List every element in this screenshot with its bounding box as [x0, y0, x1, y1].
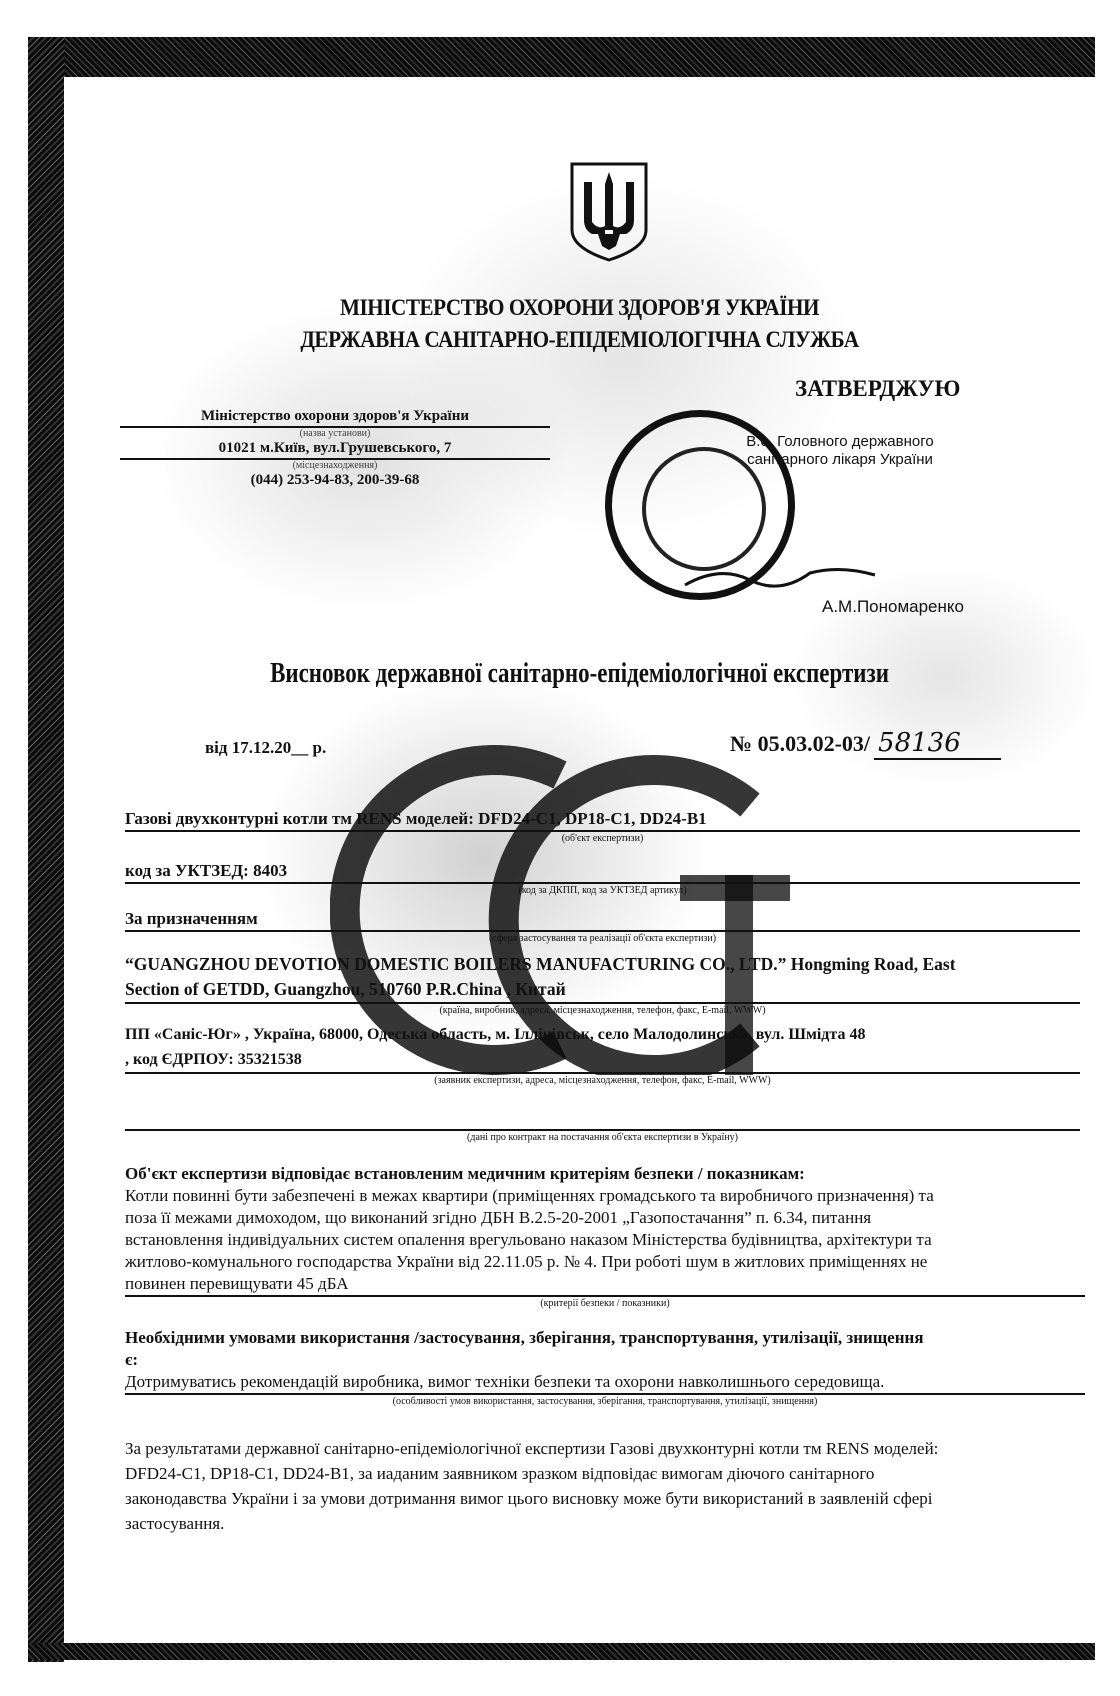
document-number-handwritten: 58136: [874, 728, 1001, 760]
decorative-border-bottom: [28, 1643, 1095, 1660]
approve-heading: ЗАТВЕРДЖУЮ: [795, 376, 960, 402]
conclusion-line: DFD24-C1, DP18-C1, DD24-B1, за иаданим з…: [125, 1461, 1080, 1486]
document-number: № 05.03.02-03/58136: [730, 728, 1001, 758]
service-name: ДЕРЖАВНА САНІТАРНО-ЕПІДЕМІОЛОГІЧНА СЛУЖБ…: [105, 324, 1054, 356]
conditions-heading-line1: Необхідними умовами використання /застос…: [125, 1327, 1085, 1349]
conclusion-line: законодавства України і за умови дотрима…: [125, 1486, 1080, 1511]
conditions-section: Необхідними умовами використання /застос…: [125, 1327, 1085, 1408]
applicant-field: ПП «Саніс-Юг» , Україна, 68000, Одеська …: [125, 1022, 1080, 1087]
applicant-line2: , код ЄДРПОУ: 35321538: [125, 1047, 1080, 1074]
object-field: Газові двухконтурні котли тм RENS моделе…: [125, 808, 1080, 845]
conclusion-section: За результатами державної санітарно-епід…: [125, 1436, 1080, 1536]
code-value: код за УКТЗЕД: 8403: [125, 860, 1080, 884]
purpose-value: За призначенням: [125, 908, 1080, 932]
criteria-line: житлово-комунального господарства Україн…: [125, 1251, 1085, 1273]
ministry-name: МІНІСТЕРСТВО ОХОРОНИ ЗДОРОВ'Я УКРАЇНИ: [105, 292, 1054, 324]
institution-name-caption: (назва установи): [120, 428, 550, 440]
approver-position: В.о. Головного державного санітарного лі…: [700, 433, 980, 469]
approver-position-line1: В.о. Головного державного: [700, 433, 980, 451]
institution-name: Міністерство охорони здоров'я України: [120, 408, 550, 428]
decorative-border-top: [28, 37, 1095, 77]
object-caption: (об'єкт експертизи): [125, 832, 1080, 845]
institution-block: Міністерство охорони здоров'я України (н…: [120, 408, 550, 489]
approver-position-line2: санітарного лікаря України: [700, 451, 980, 469]
criteria-caption: (критерії безпеки / показники): [125, 1297, 1085, 1310]
institution-phone: (044) 253-94-83, 200-39-68: [120, 472, 550, 489]
contract-field: (дані про контракт на постачання об'єкта…: [125, 1107, 1080, 1144]
purpose-caption: (сфера застосування та реалізації об'єкт…: [125, 932, 1080, 945]
object-value: Газові двухконтурні котли тм RENS моделе…: [125, 808, 1080, 832]
criteria-line: повинен перевищувати 45 дБА: [125, 1273, 1085, 1297]
conditions-caption: (особливості умов використання, застосув…: [125, 1395, 1085, 1408]
manufacturer-line1: “GUANGZHOU DEVOTION DOMESTIC BOILERS MAN…: [125, 952, 1080, 977]
manufacturer-caption: (країна, виробник, адреса, місцезнаходже…: [125, 1004, 1080, 1017]
approver-name: А.М.Пономаренко: [822, 597, 964, 617]
criteria-line: Котли повинні бути забезпечені в межах к…: [125, 1185, 1085, 1207]
code-field: код за УКТЗЕД: 8403 (код за ДКПП, код за…: [125, 860, 1080, 897]
conditions-heading-line2: є:: [125, 1349, 1085, 1371]
criteria-line: встановлення індивідуальних систем опале…: [125, 1229, 1085, 1251]
criteria-heading: Об'єкт експертизи відповідає встановлени…: [125, 1163, 1085, 1185]
criteria-section: Об'єкт експертизи відповідає встановлени…: [125, 1163, 1085, 1310]
manufacturer-line2: Section of GETDD, Guangzhou, 510760 P.R.…: [125, 977, 1080, 1004]
conclusion-line: застосування.: [125, 1511, 1080, 1536]
ministry-header: МІНІСТЕРСТВО ОХОРОНИ ЗДОРОВ'Я УКРАЇНИ ДЕ…: [105, 292, 1054, 356]
manufacturer-field: “GUANGZHOU DEVOTION DOMESTIC BOILERS MAN…: [125, 952, 1080, 1017]
applicant-line1: ПП «Саніс-Юг» , Україна, 68000, Одеська …: [125, 1022, 1080, 1047]
document-date: від 17.12.20__ р.: [205, 738, 326, 758]
conclusion-line: За результатами державної санітарно-епід…: [125, 1436, 1080, 1461]
institution-address: 01021 м.Київ, вул.Грушевського, 7: [120, 440, 550, 460]
trident-coat-of-arms-icon: [568, 160, 650, 264]
conditions-text: Дотримуватись рекомендацій виробника, ви…: [125, 1371, 1085, 1395]
document-title: Висновок державної санітарно-епідеміолог…: [157, 658, 1002, 690]
institution-address-caption: (місцезнаходження): [120, 460, 550, 472]
signature: [680, 555, 880, 595]
contract-caption: (дані про контракт на постачання об'єкта…: [125, 1131, 1080, 1144]
applicant-caption: (заявник експертизи, адреса, місцезнаход…: [125, 1074, 1080, 1087]
decorative-border-left: [28, 37, 64, 1662]
contract-value: [125, 1107, 1080, 1131]
criteria-line: поза її межами димоходом, що виконаний з…: [125, 1207, 1085, 1229]
code-caption: (код за ДКПП, код за УКТЗЕД артикул): [125, 884, 1080, 897]
document-number-prefix: № 05.03.02-03/: [730, 731, 870, 756]
purpose-field: За призначенням (сфера застосування та р…: [125, 908, 1080, 945]
